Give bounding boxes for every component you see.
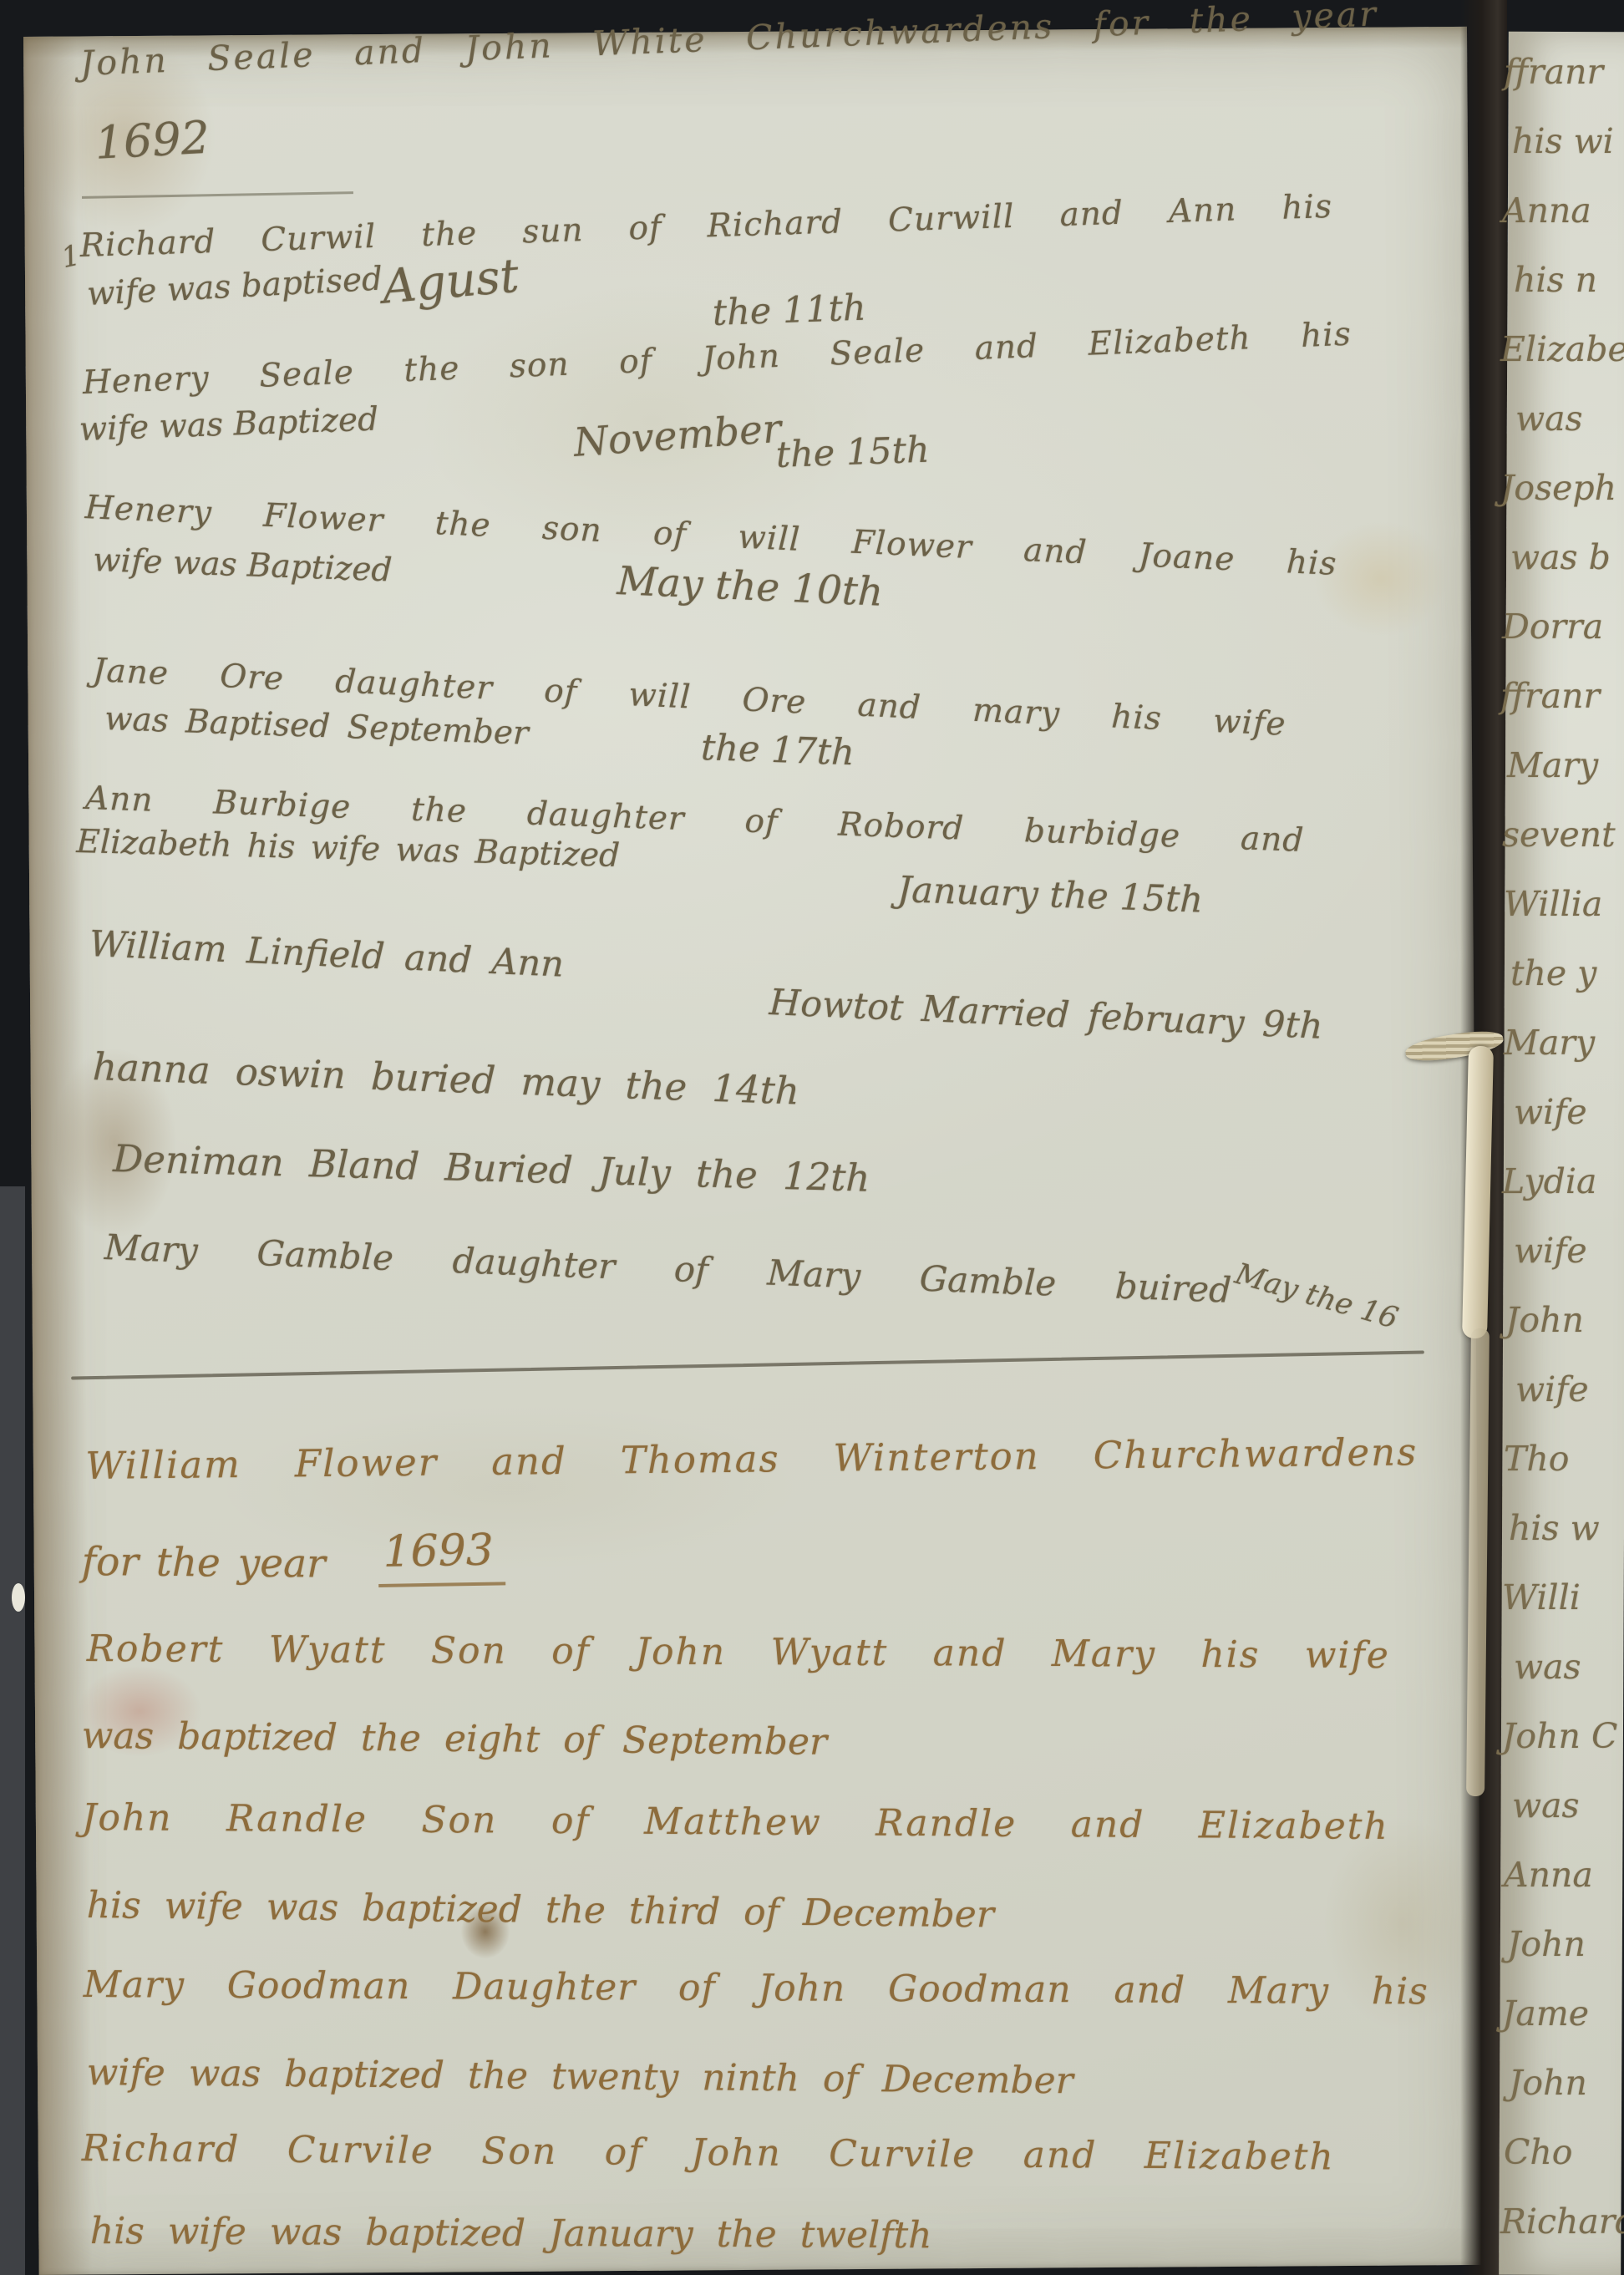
ink-blot — [461, 1905, 510, 1958]
stain — [1322, 1815, 1483, 2033]
page-edge-fleck — [12, 1583, 25, 1612]
stain — [77, 1665, 203, 1758]
right-page-strip — [1499, 32, 1624, 2275]
scan-edge-strip — [0, 1186, 25, 2275]
left-page — [23, 27, 1483, 2275]
stain — [1313, 520, 1448, 637]
manuscript-scan: John Seale and John White Churchwardens … — [0, 0, 1624, 2275]
stain — [51, 1047, 178, 1240]
stain — [216, 1402, 802, 1573]
stain — [418, 282, 887, 561]
stain — [32, 35, 217, 237]
